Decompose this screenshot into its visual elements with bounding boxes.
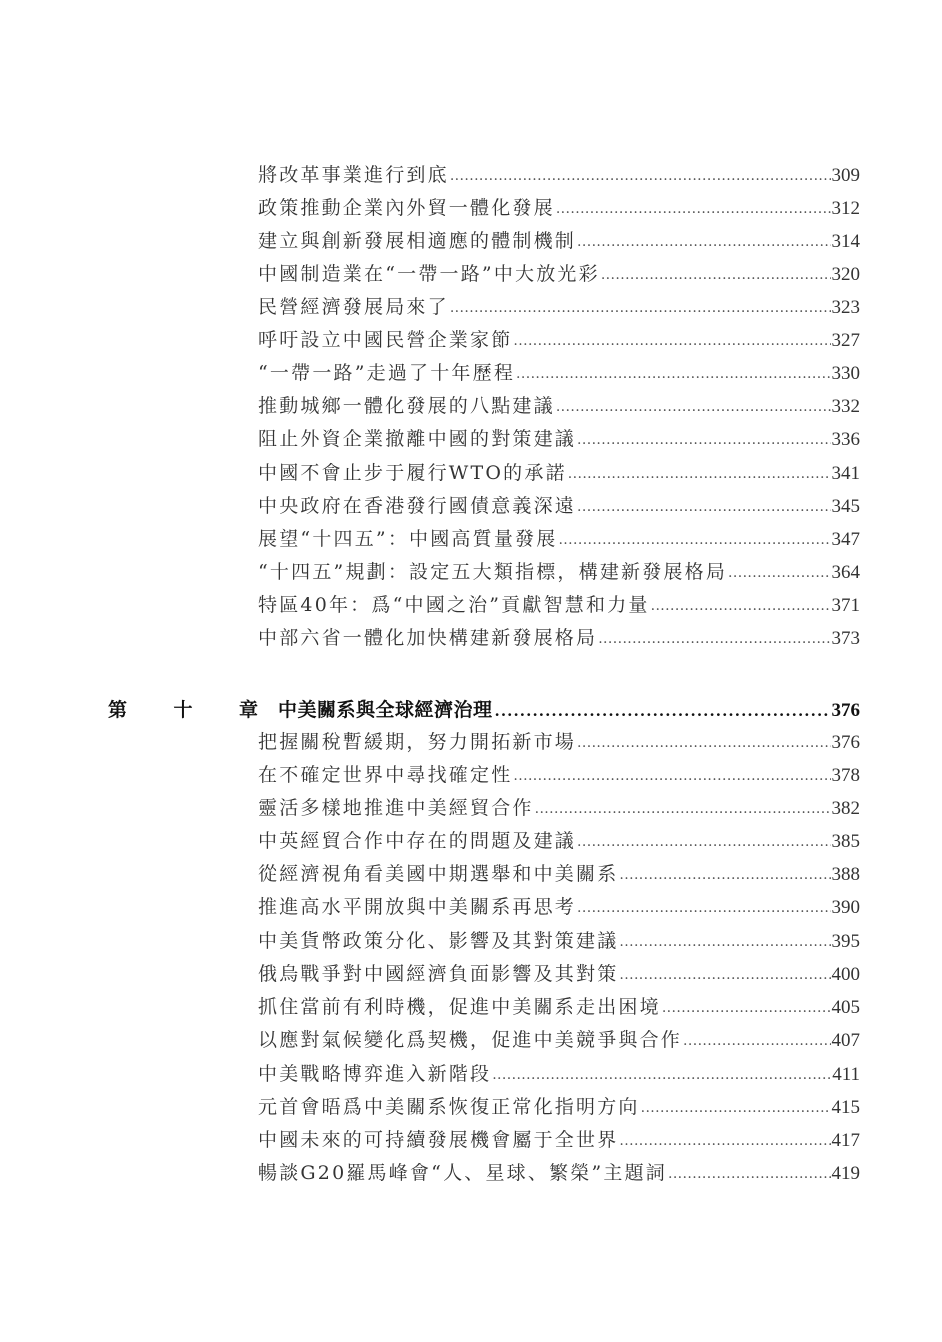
- toc-entry-title: 中部六省一體化加快構建新發展格局: [258, 623, 597, 653]
- toc-entry-page: 327: [832, 326, 861, 356]
- toc-entry-page: 411: [832, 1060, 860, 1090]
- toc-entry-title: 中國不會止步于履行WTO的承諾: [258, 458, 567, 488]
- dot-leader: [577, 827, 830, 857]
- chapter-label-char: 第: [108, 694, 127, 726]
- toc-entry-page: 364: [832, 558, 861, 588]
- toc-entry-page: 336: [832, 425, 861, 455]
- toc-entry[interactable]: 中央政府在香港發行國債意義深遠 345: [258, 491, 860, 521]
- chapter-title: 中美關系與全球經濟治理: [278, 694, 493, 726]
- chapter-label-char: 章: [239, 694, 258, 726]
- toc-entry[interactable]: 俄烏戰爭對中國經濟負面影響及其對策 400: [258, 959, 860, 989]
- toc-entry-page: 400: [832, 960, 861, 990]
- toc-entry[interactable]: 推動城鄉一體化發展的八點建議 332: [258, 391, 860, 421]
- dot-leader: [535, 794, 831, 824]
- toc-entry-page: 373: [832, 624, 861, 654]
- toc-entry-page: 320: [832, 260, 861, 290]
- toc-page: 將改革事業進行到底 309 政策推動企業內外貿一體化發展 312 建立與創新發展…: [0, 0, 942, 1342]
- toc-entry[interactable]: “十四五”規劃：設定五大類指標，構建新發展格局 364: [258, 557, 860, 587]
- toc-entry-title: 阻止外資企業撤離中國的對策建議: [258, 424, 576, 454]
- toc-entry-title: 中國未來的可持續發展機會屬于全世界: [258, 1125, 618, 1155]
- toc-entry-page: 345: [832, 492, 861, 522]
- toc-entry[interactable]: 在不確定世界中尋找確定性 378: [258, 760, 860, 790]
- toc-entry-title: 抓住當前有利時機，促進中美關系走出困境: [258, 992, 661, 1022]
- toc-entry-title: 推動城鄉一體化發展的八點建議: [258, 391, 555, 421]
- dot-leader: [577, 425, 830, 455]
- toc-entry-title: “一帶一路”走過了十年歷程: [258, 358, 515, 388]
- dot-leader: [513, 326, 830, 356]
- toc-entry-page: 415: [832, 1093, 861, 1123]
- toc-entry-title: 中美戰略博弈進入新階段: [258, 1059, 491, 1089]
- toc-entry-page: 330: [832, 359, 861, 389]
- dot-leader: [516, 359, 830, 389]
- chapter-heading[interactable]: 第 十 章 中美關系與全球經濟治理 376: [108, 694, 860, 726]
- toc-entry-title: 推進高水平開放與中美關系再思考: [258, 892, 576, 922]
- toc-entry[interactable]: 民營經濟發展局來了 323: [258, 292, 860, 322]
- toc-entry[interactable]: 中部六省一體化加快構建新發展格局 373: [258, 623, 860, 653]
- dot-leader: [495, 695, 828, 727]
- dot-leader: [641, 1093, 831, 1123]
- toc-entry-page: 395: [832, 927, 861, 957]
- toc-entry-page: 388: [832, 860, 861, 890]
- toc-entry[interactable]: 以應對氣候變化爲契機，促進中美競爭與合作 407: [258, 1025, 860, 1055]
- toc-entry-title: 元首會晤爲中美關系恢復正常化指明方向: [258, 1092, 640, 1122]
- dot-leader: [651, 591, 831, 621]
- dot-leader: [577, 728, 830, 758]
- dot-leader: [568, 459, 831, 489]
- toc-entry[interactable]: 推進高水平開放與中美關系再思考 390: [258, 892, 860, 922]
- dot-leader: [577, 893, 830, 923]
- toc-entry-title: 中央政府在香港發行國債意義深遠: [258, 491, 576, 521]
- toc-entry-title: 中國制造業在“一帶一路”中大放光彩: [258, 259, 600, 289]
- toc-entry[interactable]: 從經濟視角看美國中期選舉和中美關系 388: [258, 859, 860, 889]
- dot-leader: [662, 993, 831, 1023]
- dot-leader: [556, 194, 831, 224]
- toc-entry-page: 323: [832, 293, 861, 323]
- toc-entry[interactable]: 中國未來的可持續發展機會屬于全世界 417: [258, 1125, 860, 1155]
- dot-leader: [619, 860, 830, 890]
- toc-entry-title: 將改革事業進行到底: [258, 160, 449, 190]
- toc-entry[interactable]: 阻止外資企業撤離中國的對策建議 336: [258, 424, 860, 454]
- toc-entry-page: 347: [832, 525, 861, 555]
- toc-entry[interactable]: 中英經貿合作中存在的問題及建議 385: [258, 826, 860, 856]
- chapter-page: 376: [832, 695, 861, 727]
- toc-entry-page: 405: [832, 993, 861, 1023]
- toc-entry[interactable]: 抓住當前有利時機，促進中美關系走出困境 405: [258, 992, 860, 1022]
- dot-leader: [619, 1126, 830, 1156]
- chapter-label-char: 十: [173, 694, 192, 726]
- toc-entry-title: 中美貨幣政策分化、影響及其對策建議: [258, 926, 618, 956]
- dot-leader: [492, 1060, 831, 1090]
- toc-entry-page: 390: [832, 893, 861, 923]
- toc-entry[interactable]: 建立與創新發展相適應的體制機制 314: [258, 226, 860, 256]
- toc-entry[interactable]: 政策推動企業內外貿一體化發展 312: [258, 193, 860, 223]
- dot-leader: [577, 227, 830, 257]
- toc-entry-page: 309: [832, 161, 861, 191]
- toc-entry[interactable]: 把握關稅暫緩期，努力開拓新市場 376: [258, 727, 860, 757]
- toc-entry[interactable]: 展望“十四五”：中國高質量發展 347: [258, 524, 860, 554]
- dot-leader: [556, 392, 831, 422]
- toc-entry[interactable]: 中美戰略博弈進入新階段 411: [258, 1059, 860, 1089]
- toc-entry-title: 中英經貿合作中存在的問題及建議: [258, 826, 576, 856]
- toc-entry-page: 378: [832, 761, 861, 791]
- toc-entry-title: 靈活多樣地推進中美經貿合作: [258, 793, 534, 823]
- dot-leader: [450, 293, 831, 323]
- toc-entry[interactable]: 中國制造業在“一帶一路”中大放光彩 320: [258, 259, 860, 289]
- toc-entry-page: 385: [832, 827, 861, 857]
- dot-leader: [558, 525, 830, 555]
- toc-entry-title: 暢談G20羅馬峰會“人、星球、繁榮”主題詞: [258, 1158, 667, 1188]
- dot-leader: [619, 927, 830, 957]
- toc-entry-page: 332: [832, 392, 861, 422]
- toc-entry[interactable]: 靈活多樣地推進中美經貿合作 382: [258, 793, 860, 823]
- toc-entry-page: 417: [832, 1126, 861, 1156]
- toc-entry-title: 民營經濟發展局來了: [258, 292, 449, 322]
- toc-entry-page: 312: [832, 194, 861, 224]
- toc-entry-title: 建立與創新發展相適應的體制機制: [258, 226, 576, 256]
- toc-entry-page: 419: [832, 1159, 861, 1189]
- toc-entry[interactable]: 中國不會止步于履行WTO的承諾 341: [258, 458, 860, 488]
- toc-entry-title: 在不確定世界中尋找確定性: [258, 760, 512, 790]
- toc-entry[interactable]: 特區40年：爲“中國之治”貢獻智慧和力量 371: [258, 590, 860, 620]
- dot-leader: [683, 1026, 830, 1056]
- toc-entry-page: 314: [832, 227, 861, 257]
- toc-entry[interactable]: 中美貨幣政策分化、影響及其對策建議 395: [258, 926, 860, 956]
- toc-entry-page: 382: [832, 794, 861, 824]
- chapter-label: 第 十 章: [108, 694, 258, 726]
- toc-entry[interactable]: “一帶一路”走過了十年歷程 330: [258, 358, 860, 388]
- toc-entry[interactable]: 將改革事業進行到底 309: [258, 160, 860, 190]
- dot-leader: [619, 960, 830, 990]
- toc-entry-title: 俄烏戰爭對中國經濟負面影響及其對策: [258, 959, 618, 989]
- toc-entry-title: 政策推動企業內外貿一體化發展: [258, 193, 555, 223]
- toc-entry-page: 407: [832, 1026, 861, 1056]
- toc-entry[interactable]: 元首會晤爲中美關系恢復正常化指明方向 415: [258, 1092, 860, 1122]
- dot-leader: [598, 624, 830, 654]
- toc-entry-page: 376: [832, 728, 861, 758]
- toc-entry[interactable]: 呼吁設立中國民營企業家節 327: [258, 325, 860, 355]
- dot-leader: [728, 558, 830, 588]
- dot-leader: [577, 492, 830, 522]
- toc-entry-title: 特區40年：爲“中國之治”貢獻智慧和力量: [258, 590, 650, 620]
- toc-entry-title: “十四五”規劃：設定五大類指標，構建新發展格局: [258, 557, 727, 587]
- dot-leader: [450, 161, 831, 191]
- dot-leader: [668, 1159, 831, 1189]
- dot-leader: [513, 761, 830, 791]
- toc-entry-page: 371: [832, 591, 861, 621]
- dot-leader: [601, 260, 831, 290]
- toc-entry-title: 從經濟視角看美國中期選舉和中美關系: [258, 859, 618, 889]
- toc-entry-title: 展望“十四五”：中國高質量發展: [258, 524, 557, 554]
- toc-entry-title: 把握關稅暫緩期，努力開拓新市場: [258, 727, 576, 757]
- toc-entry[interactable]: 暢談G20羅馬峰會“人、星球、繁榮”主題詞 419: [258, 1158, 860, 1188]
- toc-entry-title: 以應對氣候變化爲契機，促進中美競爭與合作: [258, 1025, 682, 1055]
- toc-entry-title: 呼吁設立中國民營企業家節: [258, 325, 512, 355]
- toc-entry-page: 341: [832, 459, 861, 489]
